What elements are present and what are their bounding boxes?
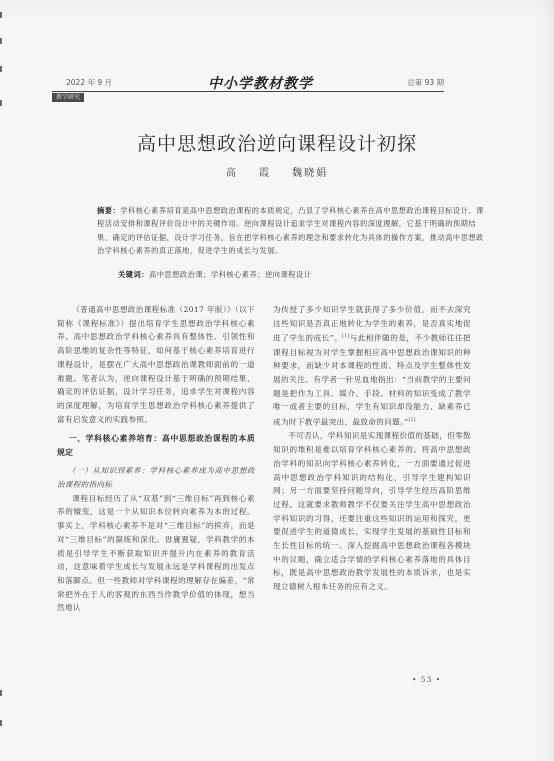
abstract-label: 摘要：: [97, 206, 120, 215]
paragraph-text: 与此相伴随的是，不少教师往往把课程目标视为对学生掌握相应高中思想政治课知识的种种…: [273, 334, 471, 427]
body-paragraph: 不可否认，学科知识是实现课程价值的基础，但零散知识的堆积是难以培育学科核心素养的…: [273, 429, 471, 593]
left-column: 《普通高中思想政治课程标准（2017 年版）》（以下简称《课程标准》）提出培育学…: [57, 303, 255, 615]
page-top-edge: [0, 0, 554, 20]
keywords-text: 高中思想政治课；学科核心素养；逆向课程设计: [149, 270, 312, 279]
body-paragraph: 课程目标经历了从“双基”到“三维目标”再到核心素养的嬗变，这是一个从知识本位转向…: [57, 492, 255, 615]
keywords-label: 关键词：: [118, 270, 149, 279]
abstract-text: 学科核心素养培育是高中思想政治课程的本质规定，凸显了学科核心素养在高中思想政治课…: [97, 206, 484, 255]
article-title: 高中思想政治逆向课程设计初探: [0, 129, 554, 156]
article-authors: 高 霞 魏晓娟: [0, 164, 554, 179]
subsection-heading: （一）从知识到素养：学科核心素养成为高中思想政治课程的指向标: [57, 464, 255, 491]
reference-marker[interactable]: [2]: [408, 418, 415, 423]
body-paragraph-continued: 为传授了多少知识学生就获得了多少价值，而不去深究这些知识是否真正地转化为学生的素…: [273, 303, 471, 429]
journal-logo: 中小学教材教学: [208, 73, 313, 93]
right-column: 为传授了多少知识学生就获得了多少价值，而不去深究这些知识是否真正地转化为学生的素…: [273, 303, 471, 594]
intro-paragraph: 《普通高中思想政治课程标准（2017 年版）》（以下简称《课程标准》）提出培育学…: [57, 303, 255, 426]
running-header: 2022 年 9 月 中小学教材教学 总第 93 期: [64, 73, 444, 91]
reference-marker[interactable]: [1]: [342, 334, 349, 339]
issue-date: 2022 年 9 月: [66, 77, 112, 88]
header-rule: [52, 91, 444, 92]
abstract: 摘要：学科核心素养培育是高中思想政治课程的本质规定，凸显了学科核心素养在高中思想…: [97, 204, 489, 258]
issue-number: 总第 93 期: [407, 77, 444, 88]
column-tag: 教学研究: [52, 93, 84, 102]
binding-marks: [0, 0, 3, 761]
keywords: 关键词：高中思想政治课；学科核心素养；逆向课程设计: [118, 270, 488, 280]
section-heading: 一、学科核心素养培育：高中思想政治课程的本质规定: [57, 432, 255, 460]
page-number: • 53 •: [412, 675, 441, 684]
scan-shadow: [540, 0, 554, 761]
